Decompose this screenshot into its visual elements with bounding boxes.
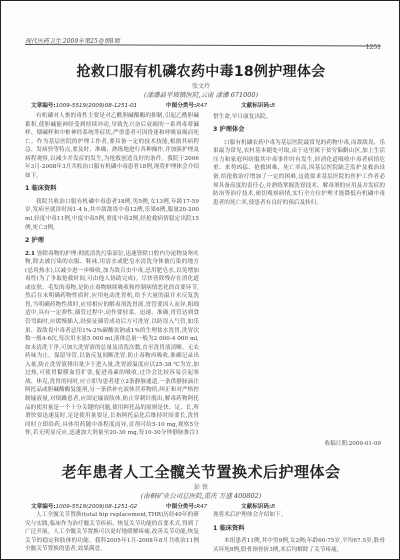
article2-intro: 人工全髋关节置换(total hip replacement,THR)历经40年… [25,511,199,554]
article2-left-column: 人工全髋关节置换(total hip replacement,THR)历经40年… [25,511,199,557]
article1-title: 抢救口服有机磷农药中毒18例护理体会 [1,61,400,81]
running-head: 现代医药卫生 2009年第25卷第8期 1251 [25,36,381,48]
article2-right-column: 现将术后护理体会介绍如下。 1 临床资料 本组患者11例,其中男9例,女2例;年… [213,511,385,557]
section-heading: 1 临床资料 [25,185,199,194]
paragraph: 口服有机磷农药中毒为基层医院最常见的药物中毒,而敌敌畏、乐果最为常见,农村基本随… [213,139,385,207]
article1-right-column: 皆除毒物的护理:彻底清洗污染部位,迅速皆除口腔内分泌物及呕吐物,除去被污染的衣服… [213,112,385,438]
article1-author: 张文玲 [1,81,400,90]
doc-code: 文献标识码:B [241,101,275,109]
paragraph: 我院共收治口服有机磷中毒患者18例,男5例,女13例,年龄17-59岁,发病至就… [25,198,199,232]
article1-affiliation: (漾濞县平坡镇医院,云南 漾濞 671000) [1,90,400,99]
article2-title: 老年患者人工全髋关节置换术后护理体会 [1,461,400,482]
article-no: 文章编号:1009-5519(2009)08-1251-02 [31,502,137,510]
journal-page: 现代医药卫生 2009年第25卷第8期 1251 抢救口服有机磷农药中毒18例护… [0,0,400,560]
article2-intro-cont: 现将术后护理体会介绍如下。 [213,511,385,520]
article2-author: 彭 铁 [1,482,400,491]
section-heading: 3 护理体会 [213,126,385,135]
class-no: 中图分类号:R47 [166,101,207,109]
subsection-2-3: 2.3 心理护理:耐心细致地做好心理疏导,进行护患沟通,针对此类患者易产生消沉、… [213,112,385,121]
section-heading: 2 护理 [25,237,199,246]
subsection-2-1: 2.1 皆除毒物的护理:彻底清洗污染部位,迅速皆除口腔内分泌物及呕吐物,除去被污… [25,250,199,438]
page-number: 1251 [366,44,381,51]
section-heading: 1 临床资料 [213,525,385,534]
doc-code: 文献标识码:B [241,502,275,510]
header-rule [25,44,381,47]
class-no: 中图分类号:R47 [166,502,207,510]
received-date: 收稿日期:2009-01-09 [324,439,381,447]
article2-affiliation: (南桐矿业公司总医院,重庆 万盛 400802) [1,491,400,500]
article1-intro: 有机磷对人畜的毒性主要是对乙酰胆碱酯酶的抑制,引起乙酰胆碱蓄积,使胆碱能神经受到… [25,112,199,180]
paragraph: 本组患者11例,其中男9例,女2例;年龄60-75岁,平均67.5岁,股骨头坏死… [213,537,385,554]
article-no: 文章编号:1009-5519(2009)08-1251-01 [31,101,137,109]
article1-left-column: 有机磷对人畜的毒性主要是对乙酰胆碱酯酶的抑制,引起乙酰胆碱蓄积,使胆碱能神经受到… [25,112,199,438]
